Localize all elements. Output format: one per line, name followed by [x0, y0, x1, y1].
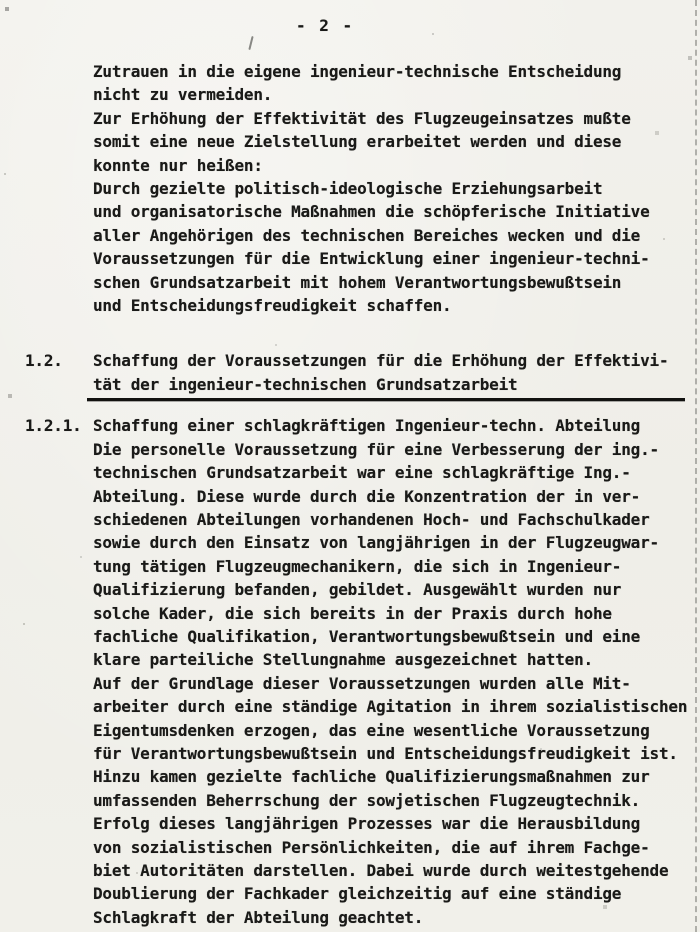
scanned-document-page: - 2 - Zutrauen in die eigene ingenieur-t…	[0, 0, 700, 932]
section-1-2-heading-line1: Schaffung der Voraussetzungen für die Er…	[93, 349, 694, 372]
scan-noise-specks	[0, 0, 2, 2]
page-number: - 2 -	[296, 14, 354, 37]
section-1-2-heading-line2: tät der ingenieur-technischen Grundsatza…	[93, 375, 517, 394]
section-1-2: 1.2. Schaffung der Voraussetzungen für d…	[93, 349, 694, 401]
scan-artifact-mark	[248, 36, 253, 50]
section-1-2-heading-underline: tät der ingenieur-technischen Grundsatza…	[87, 373, 685, 401]
section-1-2-1-number: 1.2.1.	[25, 414, 82, 437]
section-1-2-number: 1.2.	[25, 349, 63, 372]
section-1-2-1-paragraph: Schaffung einer schlagkräftigen Ingenieu…	[93, 414, 694, 929]
section-1-2-heading: Schaffung der Voraussetzungen für die Er…	[93, 349, 694, 401]
intro-paragraph: Zutrauen in die eigene ingenieur-technis…	[93, 60, 694, 317]
section-1-2-1: 1.2.1. Schaffung einer schlagkräftigen I…	[93, 414, 694, 929]
document-body: Zutrauen in die eigene ingenieur-technis…	[93, 60, 694, 929]
scan-edge-line	[695, 0, 697, 932]
